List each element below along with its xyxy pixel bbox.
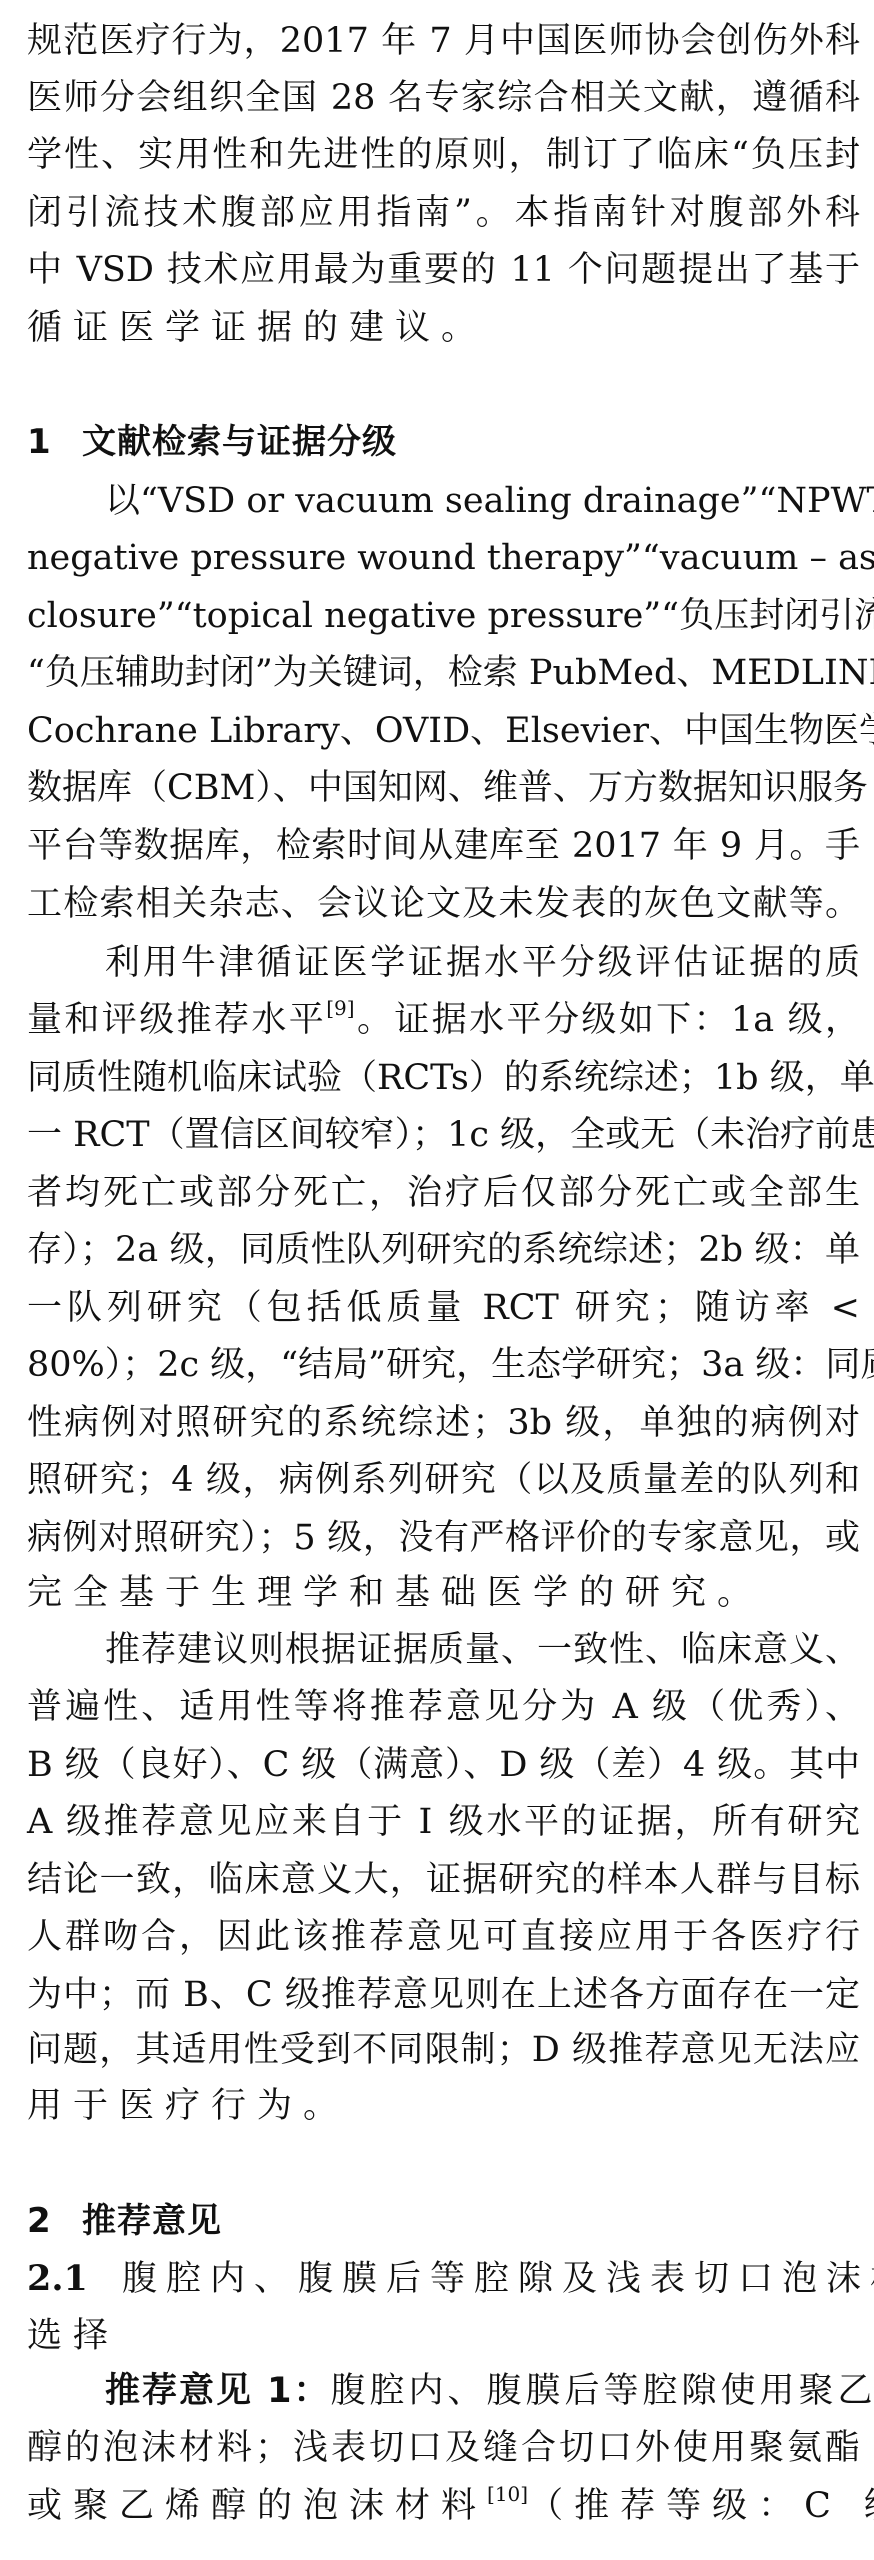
body-line: 照研究；4 级，病例系列研究（以及质量差的队列和 xyxy=(27,1457,860,1503)
body-line: 问题，其适用性受到不同限制；D 级推荐意见无法应 xyxy=(27,2027,860,2073)
text-span: （推荐等级：C 级）。 xyxy=(528,2486,874,2526)
body-line: B 级（良好）、C 级（满意）、D 级（差）4 级。其中 xyxy=(27,1742,860,1788)
subsection-title: 腹腔内、腹膜后等腔隙及浅表切口泡沫材料的 xyxy=(122,2259,874,2299)
text-span: 腹腔内、腹膜后等腔隙使用聚乙烯 xyxy=(331,2371,874,2411)
body-line: closure”“topical negative pressure”“负压封闭… xyxy=(27,593,860,639)
text-span: 或聚乙烯醇的泡沫材料 xyxy=(27,2486,487,2526)
subsection-title-continued: 选择 xyxy=(27,2313,860,2359)
body-line: 数据库（CBM）、中国知网、维普、万方数据知识服务 xyxy=(27,765,860,811)
intro-line: 医师分会组织全国 28 名专家综合相关文献，遵循科 xyxy=(27,75,860,121)
document-page: 规范医疗行为，2017 年 7 月中国医师协会创伤外科 医师分会组织全国 28 … xyxy=(0,0,874,2560)
body-line: 一队列研究（包括低质量 RCT 研究；随访率 < xyxy=(27,1285,860,1331)
body-line: 以“VSD or vacuum sealing drainage”“NPWT o… xyxy=(105,478,860,524)
section-number: 1 xyxy=(27,419,82,465)
body-line: 推荐建议则根据证据质量、一致性、临床意义、 xyxy=(105,1627,860,1673)
recommendation-label: 推荐意见 1： xyxy=(105,2371,331,2411)
section-heading-1: 1文献检索与证据分级 xyxy=(27,419,860,465)
intro-line: 学性、实用性和先进性的原则，制订了临床“负压封 xyxy=(27,132,860,178)
body-line: 病例对照研究）；5 级，没有严格评价的专家意见，或 xyxy=(27,1515,860,1561)
body-line: 同质性随机临床试验（RCTs）的系统综述；1b 级，单 xyxy=(27,1055,860,1101)
citation-ref[interactable]: [10] xyxy=(487,2482,528,2506)
body-line: 存）；2a 级，同质性队列研究的系统综述；2b 级：单 xyxy=(27,1227,860,1273)
body-line: 完全基于生理学和基础医学的研究。 xyxy=(27,1570,860,1616)
subsection-number: 2.1 xyxy=(27,2256,122,2302)
body-line: 一 RCT（置信区间较窄）；1c 级，全或无（未治疗前患 xyxy=(27,1112,860,1158)
body-line: 为中；而 B、C 级推荐意见则在上述各方面存在一定 xyxy=(27,1972,860,2018)
section-heading-2: 2推荐意见 xyxy=(27,2198,860,2244)
body-line: 利用牛津循证医学证据水平分级评估证据的质 xyxy=(105,940,860,986)
citation-ref[interactable]: [9] xyxy=(326,996,354,1020)
intro-line: 中 VSD 技术应用最为重要的 11 个问题提出了基于 xyxy=(27,247,860,293)
body-line: 工检索相关杂志、会议论文及未发表的灰色文献等。 xyxy=(27,881,860,927)
recommendation-1: 推荐意见 1：腹腔内、腹膜后等腔隙使用聚乙烯 xyxy=(105,2368,860,2414)
body-line: 普遍性、适用性等将推荐意见分为 A 级（优秀）、 xyxy=(27,1684,860,1730)
body-line: 性病例对照研究的系统综述；3b 级，单独的病例对 xyxy=(27,1400,860,1446)
body-line: 80%）；2c 级，“结局”研究，生态学研究；3a 级：同质 xyxy=(27,1342,860,1388)
intro-line: 规范医疗行为，2017 年 7 月中国医师协会创伤外科 xyxy=(27,18,860,64)
body-line: 醇的泡沫材料；浅表切口及缝合切口外使用聚氨酯 xyxy=(27,2425,860,2471)
section-title: 推荐意见 xyxy=(82,2201,222,2241)
body-line-with-citation: 或聚乙烯醇的泡沫材料[10]（推荐等级：C 级）。 xyxy=(27,2483,860,2529)
body-line: 用于医疗行为。 xyxy=(27,2083,860,2129)
body-line: 人群吻合，因此该推荐意见可直接应用于各医疗行 xyxy=(27,1914,860,1960)
subsection-heading-2-1: 2.1腹腔内、腹膜后等腔隙及浅表切口泡沫材料的 xyxy=(27,2256,860,2302)
body-line: negative pressure wound therapy”“vacuum … xyxy=(27,535,860,581)
body-line: 平台等数据库，检索时间从建库至 2017 年 9 月。手 xyxy=(27,823,860,869)
text-span: 。证据水平分级如下：1a 级， xyxy=(355,1000,860,1040)
body-line: Cochrane Library、OVID、Elsevier、中国生物医学文献 xyxy=(27,708,860,754)
section-number: 2 xyxy=(27,2198,82,2244)
section-title: 文献检索与证据分级 xyxy=(82,422,397,462)
body-line-with-citation: 量和评级推荐水平[9]。证据水平分级如下：1a 级， xyxy=(27,997,860,1043)
body-line: 结论一致，临床意义大，证据研究的样本人群与目标 xyxy=(27,1857,860,1903)
body-line: A 级推荐意见应来自于 Ⅰ 级水平的证据，所有研究 xyxy=(27,1799,860,1845)
body-line: 者均死亡或部分死亡，治疗后仅部分死亡或全部生 xyxy=(27,1170,860,1216)
body-line: “负压辅助封闭”为关键词，检索 PubMed、MEDLINE、 xyxy=(27,650,860,696)
text-span: 量和评级推荐水平 xyxy=(27,1000,326,1040)
intro-line: 循证医学证据的建议。 xyxy=(27,305,860,351)
intro-line: 闭引流技术腹部应用指南”。本指南针对腹部外科 xyxy=(27,190,860,236)
